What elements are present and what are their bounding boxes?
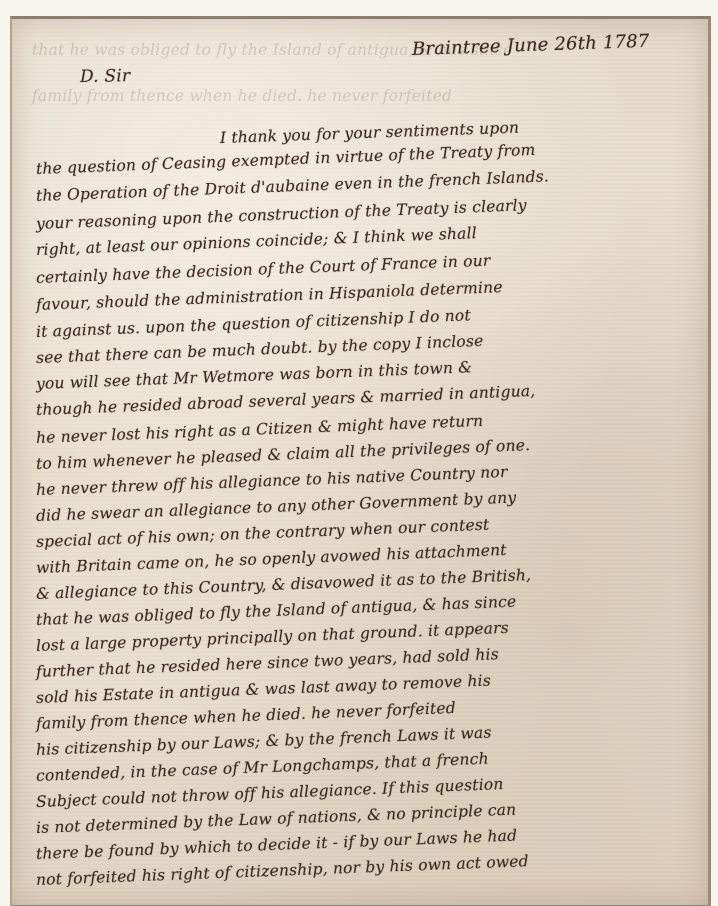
manuscript-sheet: that he was obliged to fly the Island of… <box>10 16 711 906</box>
salutation: D. Sir <box>80 66 131 87</box>
bleed-through-text: family from thence when he died. he neve… <box>32 87 452 105</box>
letter-photograph: that he was obliged to fly the Island of… <box>0 0 718 906</box>
dateline: Braintree June 26th 1787 <box>412 31 650 60</box>
